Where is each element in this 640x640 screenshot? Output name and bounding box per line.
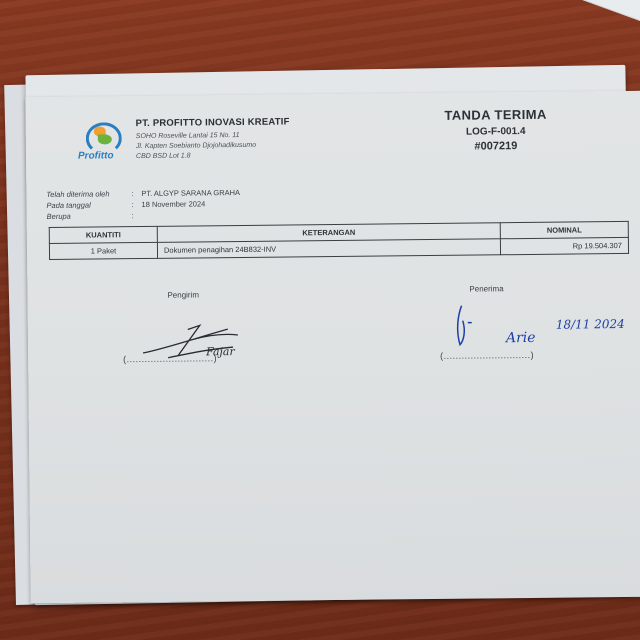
sender-label: Pengirim <box>167 290 199 299</box>
receiver-signature <box>448 300 489 350</box>
cell-quantity: 1 Paket <box>49 242 157 259</box>
column-header-amount: NOMINAL <box>500 221 628 238</box>
meta-label: Berupa <box>47 210 132 222</box>
receiver-date-handwritten: 18/11 2024 <box>556 317 625 332</box>
company-name: PT. PROFITTO INOVASI KREATIF <box>136 116 290 129</box>
sender-name-placeholder: (.............................) <box>123 353 217 364</box>
receiver-name-handwritten: Arie <box>506 330 536 346</box>
cell-description: Dokumen penagihan 24B832-INV <box>157 239 500 259</box>
receipt-meta: Telah diterima oleh : PT. ALGYP SARANA G… <box>46 187 240 222</box>
cell-amount: Rp 19.504.307 <box>500 237 628 254</box>
meta-value: PT. ALGYP SARANA GRAHA <box>141 187 240 199</box>
company-address: SOHO Roseville Lantai 15 No. 11 Jl. Kapt… <box>136 130 290 162</box>
meta-label: Pada tanggal <box>46 199 131 211</box>
receipt-document: Profitto PT. PROFITTO INOVASI KREATIF SO… <box>25 91 640 603</box>
form-code: LOG-F-001.4 <box>421 126 571 139</box>
logo-leaf-green-icon <box>98 134 112 144</box>
receiver-name-placeholder: (.............................) <box>440 350 534 361</box>
meta-colon: : <box>131 199 141 210</box>
company-header: PT. PROFITTO INOVASI KREATIF SOHO Rosevi… <box>136 116 290 162</box>
meta-form: Berupa : <box>47 209 241 222</box>
receiver-label: Penerima <box>469 284 503 293</box>
logo-brand-text: Profitto <box>78 150 114 161</box>
column-header-quantity: KUANTITI <box>49 226 157 243</box>
document-number: #007219 <box>421 140 571 154</box>
meta-colon: : <box>132 210 142 221</box>
meta-label: Telah diterima oleh <box>46 188 131 200</box>
document-title: TANDA TERIMA <box>421 107 571 124</box>
meta-value: 18 November 2024 <box>141 198 205 210</box>
address-line: CBD BSD Lot 1.8 <box>136 150 290 162</box>
document-title-block: TANDA TERIMA LOG-F-001.4 #007219 <box>421 107 571 154</box>
items-table: KUANTITI KETERANGAN NOMINAL 1 Paket Doku… <box>49 221 629 260</box>
meta-colon: : <box>131 188 141 199</box>
company-logo: Profitto <box>78 116 125 166</box>
